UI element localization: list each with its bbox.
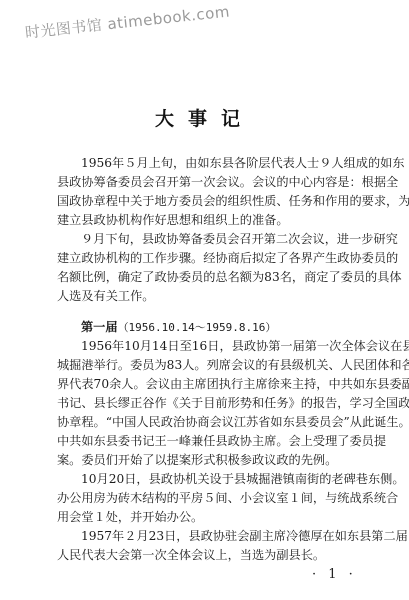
section-heading: 第一届（1956.10.14～1959.8.16）: [81, 320, 353, 335]
page-number: · 1 ·: [312, 567, 357, 582]
paragraph-line: 建立政协机构的工作步骤。经协商后拟定了各界产生政协委员的: [57, 251, 353, 265]
paragraph-line: 国政协章程中关于地方委员会的组织性质、任务和作用的要求，为: [57, 194, 353, 208]
section-dates: （1956.10.14～1959.8.16）: [118, 321, 277, 334]
paragraph-line: 10月20日，县政协机关设于县城掘港镇南街的老碑巷东侧。: [81, 472, 353, 486]
page-title: 大事记: [0, 104, 409, 131]
paragraph-line: 1956年５月上旬，由如东县各阶层代表人士９人组成的如东: [81, 156, 353, 170]
paragraph-line: 办公用房为砖木结构的平房５间、小会议室１间，与统战系统合: [57, 491, 353, 505]
paragraph-line: 人民代表大会第一次全体会议上，当选为副县长。: [57, 548, 353, 562]
paragraph-line: 城掘港举行。委员为83人。列席会议的有县级机关、人民团体和各: [57, 358, 353, 372]
paragraph-line: 人选及有关工作。: [57, 289, 353, 303]
section-title: 第一届: [81, 320, 118, 334]
paragraph-line: 协章程。“中国人民政治协商会议江苏省如东县委员会”从此诞生。: [57, 415, 353, 429]
watermark: 时光图书馆 atimebook.com: [24, 0, 231, 42]
paragraph-line: 用会堂１处，并开始办公。: [57, 510, 353, 524]
paragraph-line: 书记、县长缪正谷作《关于目前形势和任务》的报告，学习全国政: [57, 396, 353, 410]
paragraph-line: 界代表70余人。会议由主席团执行主席徐来主持，中共如东县委副: [57, 377, 353, 391]
paragraph-line: 县政协筹备委员会召开第一次会议。会议的中心内容是：根据全: [57, 175, 353, 189]
paragraph-line: 建立县政协机构作好思想和组织上的准备。: [57, 213, 353, 227]
paragraph-line: 中共如东县委书记王一峰兼任县政协主席。会上受理了委员提: [57, 434, 353, 448]
paragraph-line: ９月下旬，县政协筹备委员会召开第二次会议，进一步研究: [81, 232, 353, 246]
paragraph-line: 案。委员们开始了以提案形式积极参政议政的先例。: [57, 453, 353, 467]
paragraph-line: 1956年10月14日至16日，县政协第一届第一次全体会议在县: [81, 339, 353, 353]
paragraph-line: 1957年２月23日，县政协驻会副主席冷德厚在如东县第二届: [81, 529, 353, 543]
paragraph-line: 名额比例，确定了政协委员的总名额为83名，商定了委员的具体: [57, 270, 353, 284]
